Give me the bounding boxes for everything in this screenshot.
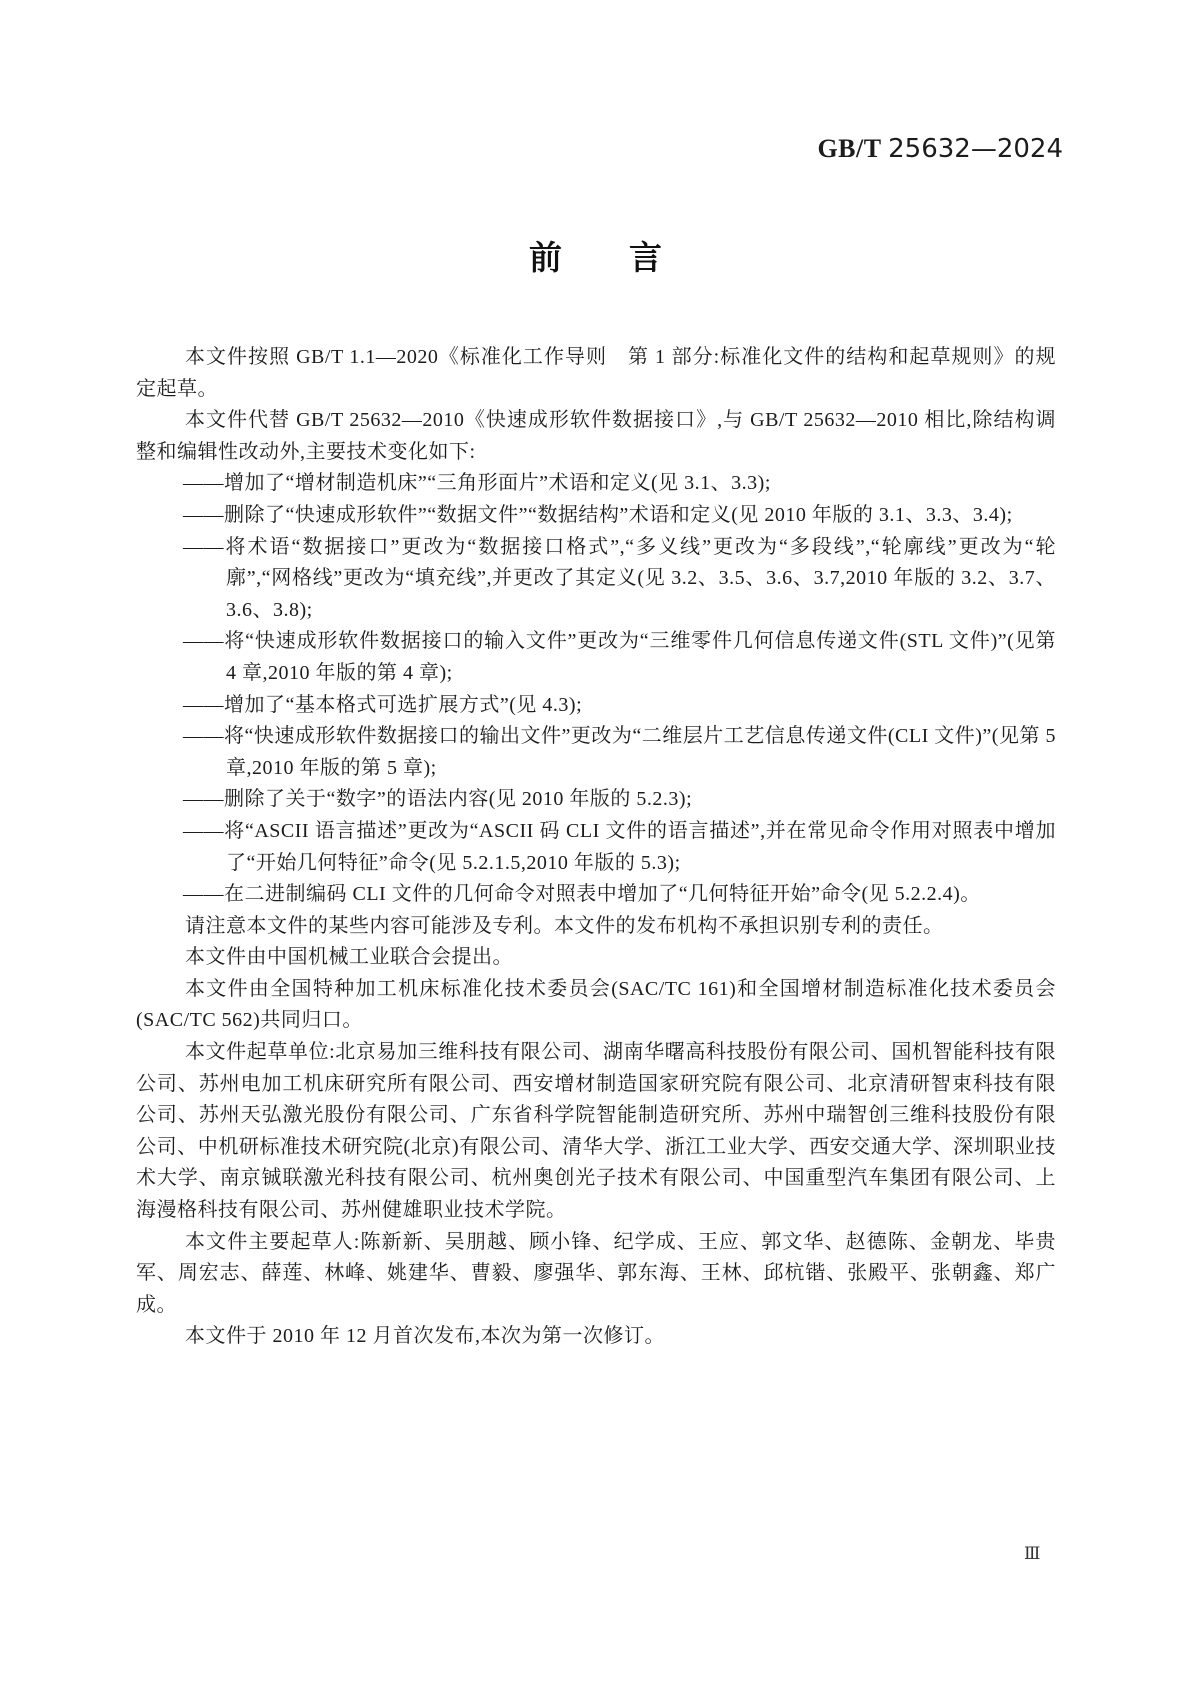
change-list-item: ——增加了“基本格式可选扩展方式”(见 4.3);: [136, 690, 1056, 722]
change-list-item: ——将“ASCII 语言描述”更改为“ASCII 码 CLI 文件的语言描述”,…: [136, 816, 1056, 879]
doc-code-prefix: GB/T: [817, 134, 881, 163]
change-list-item: ——将术语“数据接口”更改为“数据接口格式”,“多义线”更改为“多段线”,“轮廓…: [136, 532, 1056, 627]
header-doc-code: GB/T 25632—2024: [817, 134, 1063, 164]
foreword-paragraph: 本文件主要起草人:陈新新、吴朋越、顾小锋、纪学成、王应、郭文华、赵德陈、金朝龙、…: [136, 1227, 1056, 1322]
foreword-paragraph: 本文件起草单位:北京易加三维科技有限公司、湖南华曙高科技股份有限公司、国机智能科…: [136, 1037, 1056, 1227]
document-page: GB/T 25632—2024 前言 本文件按照 GB/T 1.1—2020《标…: [0, 0, 1191, 1685]
page-number: Ⅲ: [1024, 1544, 1040, 1564]
foreword-body: 本文件按照 GB/T 1.1—2020《标准化工作导则 第 1 部分:标准化文件…: [136, 342, 1056, 1353]
title-first-char: 前: [529, 239, 562, 276]
foreword-paragraph: 本文件于 2010 年 12 月首次发布,本次为第一次修订。: [136, 1321, 1056, 1353]
page-title: 前言: [0, 238, 1191, 278]
foreword-paragraph: 本文件按照 GB/T 1.1—2020《标准化工作导则 第 1 部分:标准化文件…: [136, 342, 1056, 405]
foreword-paragraph: 本文件由中国机械工业联合会提出。: [136, 942, 1056, 974]
title-second-char: 言: [629, 239, 662, 276]
doc-code-number: 25632—2024: [888, 134, 1063, 164]
change-list-item: ——将“快速成形软件数据接口的输出文件”更改为“二维层片工艺信息传递文件(CLI…: [136, 721, 1056, 784]
change-list-item: ——将“快速成形软件数据接口的输入文件”更改为“三维零件几何信息传递文件(STL…: [136, 626, 1056, 689]
change-list-item: ——增加了“增材制造机床”“三角形面片”术语和定义(见 3.1、3.3);: [136, 468, 1056, 500]
foreword-paragraph: 本文件代替 GB/T 25632—2010《快速成形软件数据接口》,与 GB/T…: [136, 405, 1056, 468]
foreword-paragraph: 请注意本文件的某些内容可能涉及专利。本文件的发布机构不承担识别专利的责任。: [136, 911, 1056, 943]
change-list-item: ——删除了关于“数字”的语法内容(见 2010 年版的 5.2.3);: [136, 784, 1056, 816]
change-list-item: ——在二进制编码 CLI 文件的几何命令对照表中增加了“几何特征开始”命令(见 …: [136, 879, 1056, 911]
foreword-paragraph: 本文件由全国特种加工机床标准化技术委员会(SAC/TC 161)和全国增材制造标…: [136, 974, 1056, 1037]
change-list-item: ——删除了“快速成形软件”“数据文件”“数据结构”术语和定义(见 2010 年版…: [136, 500, 1056, 532]
